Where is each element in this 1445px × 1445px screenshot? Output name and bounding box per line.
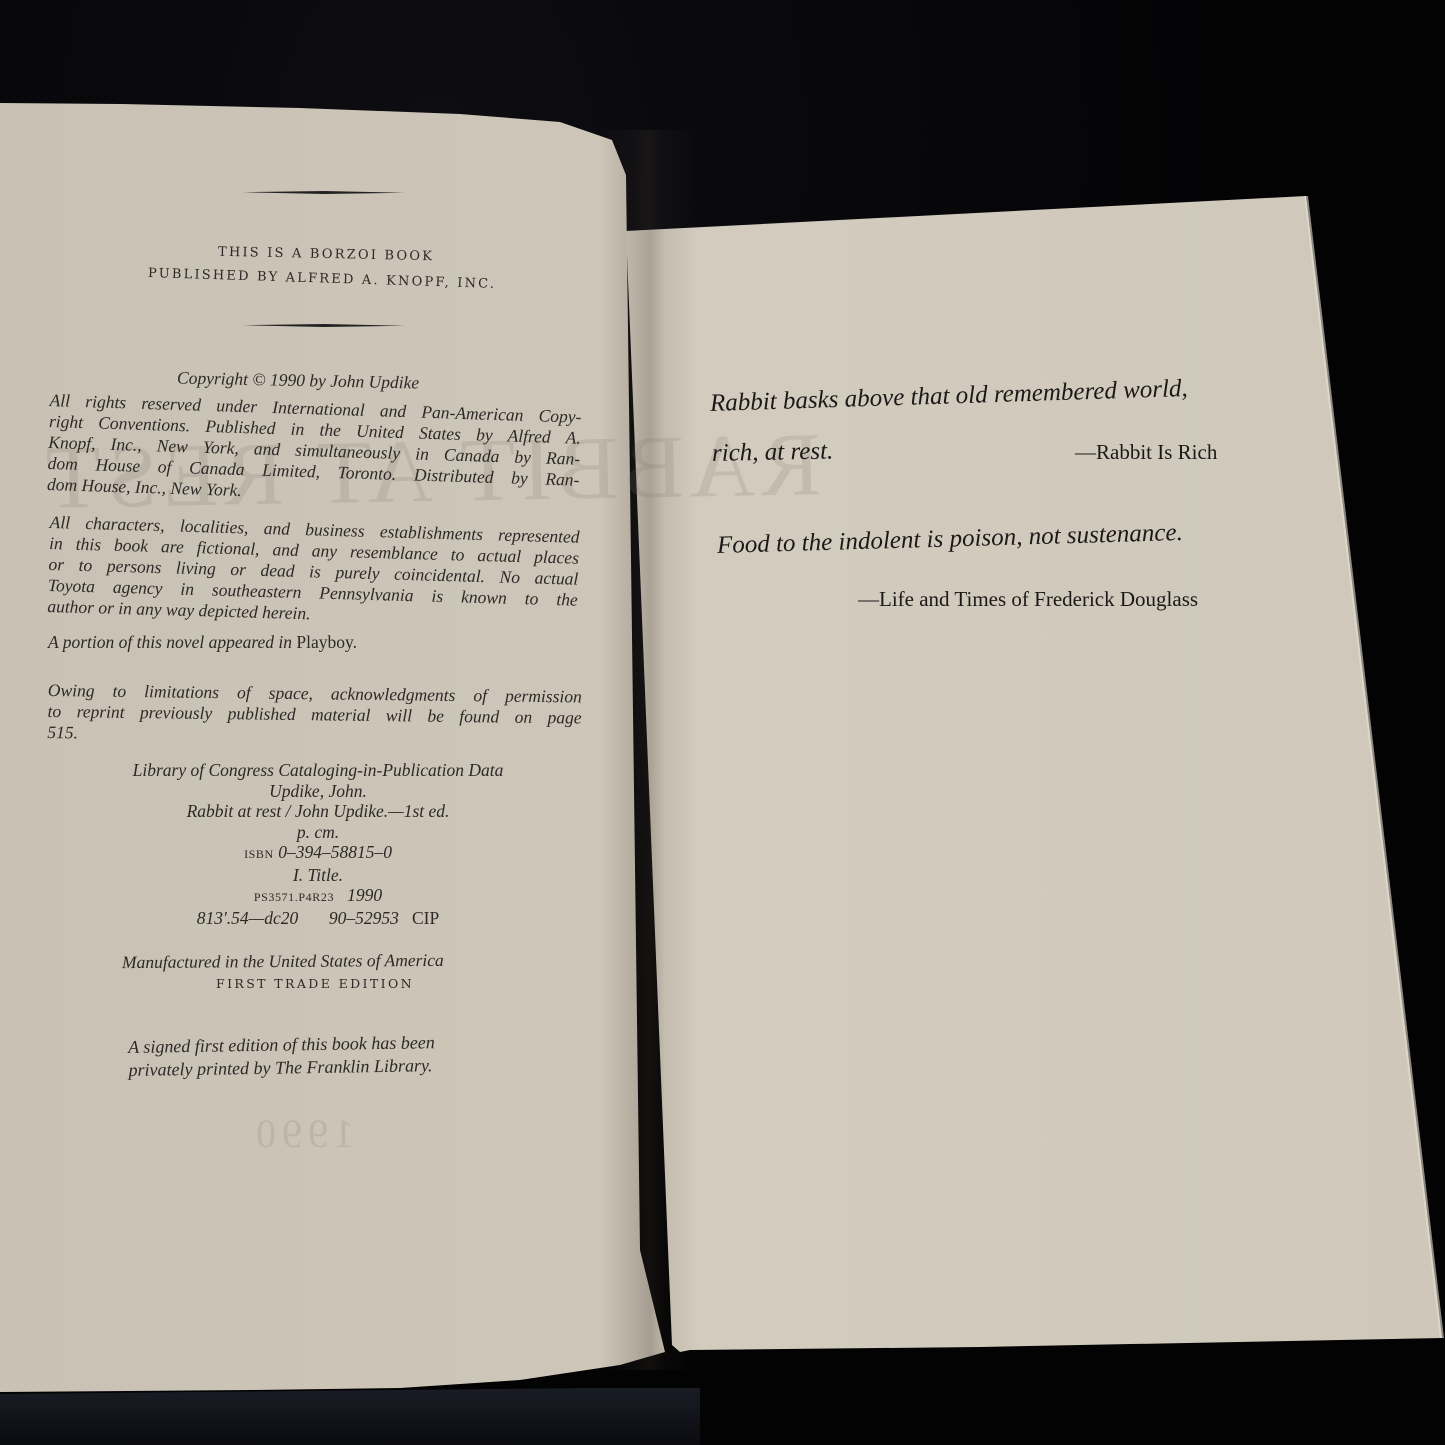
cip-tag: CIP — [412, 908, 439, 928]
lccn: 90–52953 — [329, 908, 399, 928]
portion-note-text: A portion of this novel appeared in — [48, 632, 292, 652]
signed-edition-note: A signed first edition of this book has … — [128, 1031, 435, 1082]
rights-paragraph: All rights reserved under International … — [47, 390, 582, 512]
isbn-value: 0–394–58815–0 — [278, 842, 392, 862]
cip-heading: Library of Congress Cataloging-in-Public… — [100, 760, 536, 781]
cip-lc-line: PS3571.P4R23 1990 — [100, 885, 536, 908]
lc-class: PS3571.P4R23 — [254, 890, 334, 904]
cip-subject: I. Title. — [100, 865, 536, 886]
epigraph-2-attribution: —Life and Times of Frederick Douglass — [858, 587, 1198, 612]
portion-note: A portion of this novel appeared in Play… — [48, 632, 357, 653]
epigraph-1-line-2: rich, at rest. — [712, 437, 834, 468]
lc-year: 1990 — [347, 885, 382, 905]
dewey-number: 813'.54—dc20 — [197, 908, 298, 928]
cip-title: Rabbit at rest / John Updike.—1st ed. — [100, 801, 536, 822]
epigraph-1-attribution: —Rabbit Is Rich — [1075, 440, 1217, 465]
magazine-name: Playboy. — [296, 632, 357, 652]
cip-data-block: Library of Congress Cataloging-in-Public… — [100, 760, 536, 928]
cip-pagination: p. cm. — [100, 822, 536, 843]
cip-author: Updike, John. — [100, 781, 536, 802]
bleed-through-year: 1990 — [250, 1110, 354, 1157]
book-cover-cloth — [0, 1388, 700, 1445]
cip-isbn-line: ISBN 0–394–58815–0 — [100, 842, 536, 865]
signed-note-line: privately printed by The Franklin Librar… — [128, 1054, 435, 1082]
isbn-label: ISBN — [244, 847, 274, 861]
cip-dewey-line: 813'.54—dc20 90–52953 CIP — [100, 908, 536, 929]
manufactured-line: Manufactured in the United States of Ame… — [122, 950, 444, 973]
fiction-disclaimer: All characters, localities, and business… — [47, 512, 580, 632]
permissions-paragraph: Owing to limitations of space, acknowled… — [47, 680, 582, 750]
edition-line: FIRST TRADE EDITION — [216, 976, 414, 991]
